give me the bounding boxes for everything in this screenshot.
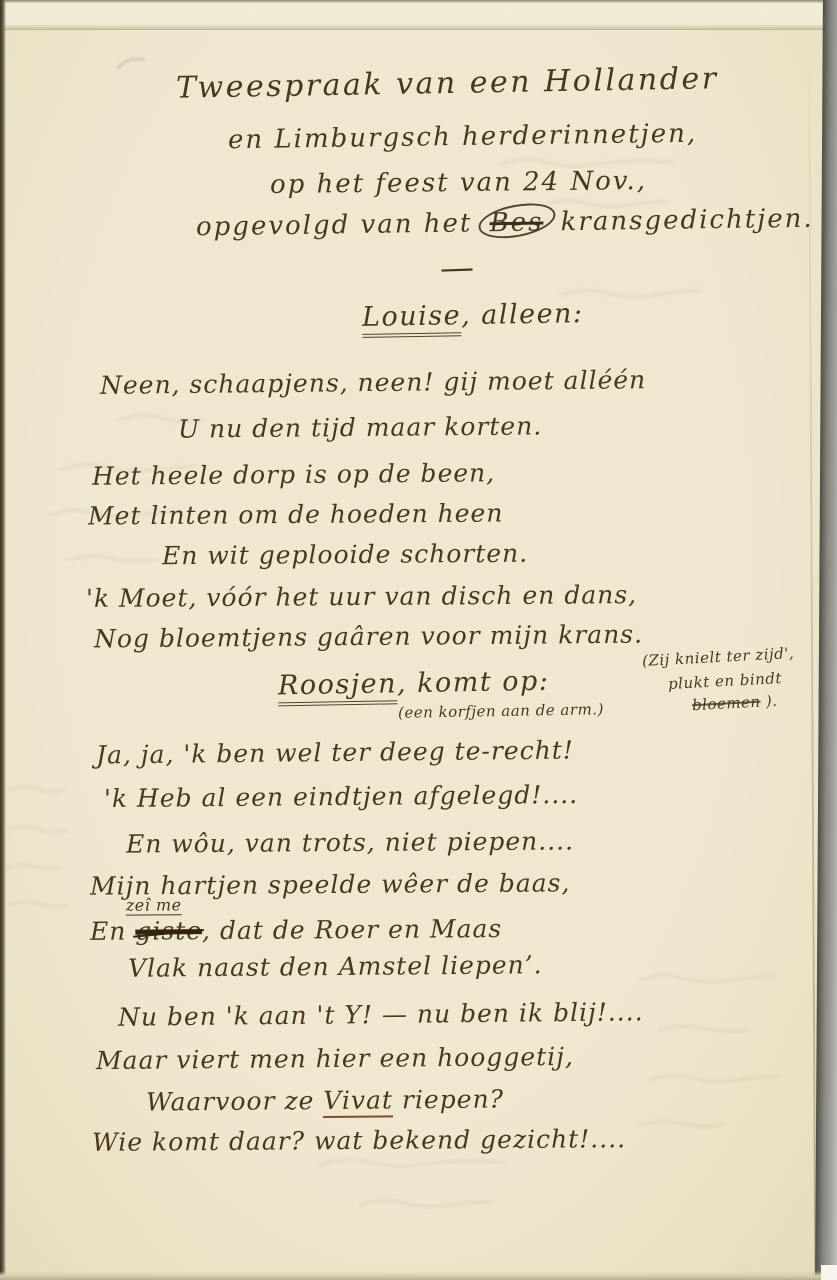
underlined-word-vivat: Vivat xyxy=(323,1085,393,1118)
scan-right-gutter xyxy=(815,0,837,1280)
scan-left-edge xyxy=(0,0,6,1280)
speaker-name-louise: Louise xyxy=(362,300,462,338)
speaker-direction-louise: , alleen: xyxy=(461,298,584,331)
title-line-2: en Limburgsch herderinnetjen, xyxy=(228,119,697,156)
page-top-edge xyxy=(0,0,837,30)
poem-line: En wôu, van trots, niet piepen.... xyxy=(126,826,574,858)
speaker-heading-louise: Louise, alleen: xyxy=(362,298,584,333)
manuscript-page: Tweespraak van een Hollander en Limburgs… xyxy=(0,0,837,1280)
crossed-out-word: giste xyxy=(135,916,202,945)
poem-line-with-emphasis: Waarvoor ze Vivat riepen? xyxy=(146,1084,504,1116)
line-text: En xyxy=(90,917,136,946)
poem-line: Wie komt daar? wat bekend gezicht!.... xyxy=(92,1124,626,1157)
poem-line: U nu den tijd maar korten. xyxy=(178,411,542,443)
poem-line: 'k Heb al een eindtjen afgelegd!.... xyxy=(104,780,578,813)
stage-direction-close: ). xyxy=(760,692,778,711)
stage-direction-margin-line-1: (Zij knielt ter zijd', xyxy=(642,644,795,670)
poem-line: En wit geplooide schorten. xyxy=(162,539,528,571)
line-text: Waarvoor ze xyxy=(146,1086,324,1117)
section-divider: — xyxy=(439,247,474,288)
page-bottom-edge xyxy=(0,1271,837,1280)
inserted-correction: zeî me xyxy=(126,895,182,915)
poem-line: Maar viert men hier een hooggetij, xyxy=(96,1042,574,1075)
stage-direction-margin-line-3: bloemen ). xyxy=(692,692,778,714)
title-line-4: opgevolgd van het Bes kransgedichtjen. xyxy=(196,204,814,243)
speaker-heading-roosjen: Roosjen, komt op: xyxy=(278,666,550,702)
poem-line: Nog bloemtjens gaâren voor mijn krans. xyxy=(94,620,643,654)
poem-line: Ja, ja, 'k ben wel ter deeg te-recht! xyxy=(96,735,574,769)
title-line-4-text: opgevolgd van het xyxy=(196,208,483,242)
page-crease xyxy=(808,0,817,1280)
title-line-4-rest: kransgedichtjen. xyxy=(550,204,814,238)
speaker-direction-roosjen: , komt op: xyxy=(397,666,550,700)
stage-direction-roosjen: (een korfjen aan de arm.) xyxy=(398,700,604,722)
poem-line: Met linten om de hoeden heen xyxy=(88,499,504,531)
stage-direction-margin-line-2: plukt en bindt xyxy=(668,669,783,693)
title-crossed-out-word: Bes xyxy=(482,207,550,238)
poem-line: Het heele dorp is op de been, xyxy=(92,458,495,491)
stage-direction-struck-word: bloemen xyxy=(692,693,761,715)
title-line-1: Tweespraak van een Hollander xyxy=(176,61,719,105)
line-text-rest: riepen? xyxy=(393,1084,504,1114)
poem-line: Nu ben 'k aan 't Y! — nu ben ik blij!...… xyxy=(118,997,644,1032)
title-line-3: op het feest van 24 Nov., xyxy=(270,166,647,200)
line-text-rest: , dat de Roer en Maas xyxy=(202,914,502,945)
speaker-name-roosjen: Roosjen xyxy=(278,668,398,706)
poem-line: Vlak naast den Amstel liepen’. xyxy=(128,950,543,983)
poem-line: Neen, schaapjens, neen! gij moet alléén xyxy=(100,365,646,400)
poem-line-with-correction: En gistezeî me, dat de Roer en Maas xyxy=(90,911,837,946)
scan-corner xyxy=(821,1265,837,1280)
poem-line: 'k Moet, vóór het uur van disch en dans, xyxy=(86,580,637,613)
